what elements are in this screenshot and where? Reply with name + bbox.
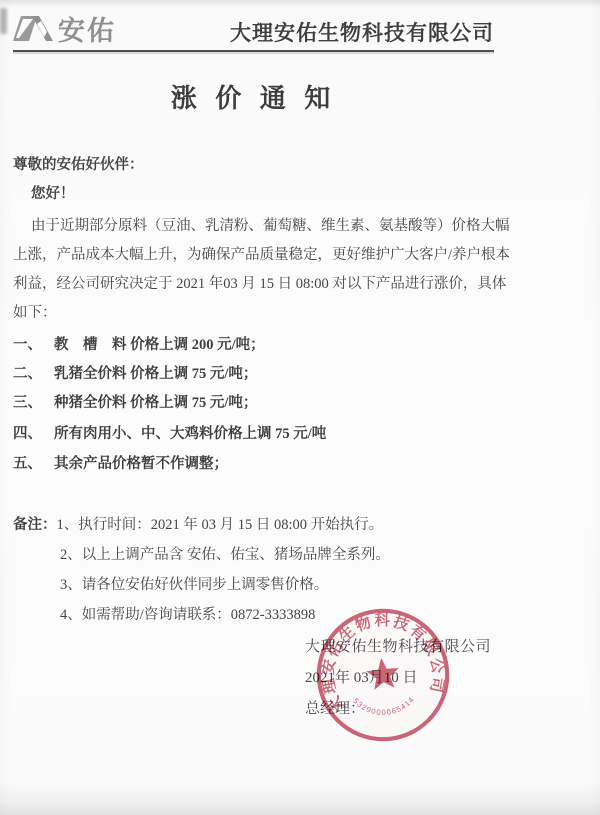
- note-text: 1、执行时间：2021 年 03 月 15 日 08:00 开始执行。: [57, 510, 384, 540]
- list-item: 二、 乳猪全价料 价格上调 75 元/吨；: [13, 360, 494, 389]
- note-row: 2、以上上调产品含 安佑、佑宝、猪场品牌全系列。: [13, 540, 494, 570]
- signature-company: 大理安佑生物科技有限公司: [305, 632, 491, 663]
- list-item: 一、 教 槽 料 价格上调 200 元/吨；: [13, 331, 494, 360]
- note-text: 4、如需帮助/咨询请联系：0872-3333898: [60, 600, 315, 630]
- item-text: 所有肉用小、中、大鸡料价格上调 75 元/吨: [54, 420, 326, 449]
- price-adjustment-list: 一、 教 槽 料 价格上调 200 元/吨； 二、 乳猪全价料 价格上调 75 …: [13, 331, 494, 479]
- item-number: 四、: [13, 420, 42, 449]
- paragraph-line: 上涨，产品成本大幅上升，为确保产品质量稳定，更好维护广大客户/养户根本: [13, 241, 494, 270]
- intro-paragraph: 由于近期部分原料（豆油、乳清粉、葡萄糖、维生素、氨基酸等）价格大幅 上涨，产品成…: [13, 212, 494, 328]
- signature-date: 2021年 03月10 日: [305, 663, 491, 694]
- item-number: 三、: [13, 389, 42, 418]
- list-item: 三、 种猪全价料 价格上调 75 元/吨；: [13, 389, 494, 418]
- signature-role: 总经理：: [305, 694, 491, 725]
- document-page: 安佑 大理安佑生物科技有限公司 涨 价 通 知 尊敬的安佑好伙伴： 您好！ 由于…: [0, 0, 600, 815]
- notes-label: 备注：: [13, 510, 57, 540]
- paragraph-line: 由于近期部分原料（豆油、乳清粉、葡萄糖、维生素、氨基酸等）价格大幅: [13, 212, 494, 241]
- signature-block: 大理安佑生物科技有限公司 2021年 03月10 日 总经理：: [305, 632, 491, 725]
- document-title: 涨 价 通 知: [13, 78, 494, 115]
- notes-section: 备注： 1、执行时间：2021 年 03 月 15 日 08:00 开始执行。 …: [13, 510, 494, 630]
- list-item: 四、 所有肉用小、中、大鸡料价格上调 75 元/吨: [13, 420, 494, 449]
- salutation-line: 尊敬的安佑好伙伴：: [13, 151, 494, 180]
- company-logo: 安佑: [13, 9, 116, 48]
- paragraph-line: 如下：: [13, 299, 494, 328]
- item-number: 五、: [13, 450, 42, 479]
- item-text: 教 槽 料 价格上调 200 元/吨；: [54, 331, 265, 360]
- note-row: 3、请各位安佑好伙伴同步上调零售价格。: [13, 570, 494, 600]
- document-content: 安佑 大理安佑生物科技有限公司 涨 价 通 知 尊敬的安佑好伙伴： 您好！ 由于…: [0, 0, 600, 630]
- note-row: 备注： 1、执行时间：2021 年 03 月 15 日 08:00 开始执行。: [13, 510, 494, 540]
- note-text: 3、请各位安佑好伙伴同步上调零售价格。: [60, 570, 328, 600]
- anyou-logo-icon: [13, 15, 53, 42]
- document-body: 尊敬的安佑好伙伴： 您好！ 由于近期部分原料（豆油、乳清粉、葡萄糖、维生素、氨基…: [13, 151, 494, 630]
- list-item: 五、 其余产品价格暂不作调整；: [13, 450, 494, 479]
- header-rule: [13, 50, 494, 52]
- note-text: 2、以上上调产品含 安佑、佑宝、猪场品牌全系列。: [60, 540, 390, 570]
- header-company-name: 大理安佑生物科技有限公司: [230, 17, 494, 48]
- document-header: 安佑 大理安佑生物科技有限公司: [13, 0, 494, 48]
- note-row: 4、如需帮助/咨询请联系：0872-3333898: [13, 600, 494, 630]
- item-text: 种猪全价料 价格上调 75 元/吨；: [54, 389, 257, 418]
- item-text: 乳猪全价料 价格上调 75 元/吨；: [54, 360, 257, 389]
- item-number: 二、: [13, 360, 42, 389]
- item-number: 一、: [13, 331, 42, 360]
- greeting-line: 您好！: [13, 180, 494, 209]
- logo-text: 安佑: [58, 9, 116, 48]
- item-text: 其余产品价格暂不作调整；: [54, 450, 228, 479]
- paragraph-line: 利益，经公司研究决定于 2021 年03 月 15 日 08:00 对以下产品进…: [13, 270, 494, 299]
